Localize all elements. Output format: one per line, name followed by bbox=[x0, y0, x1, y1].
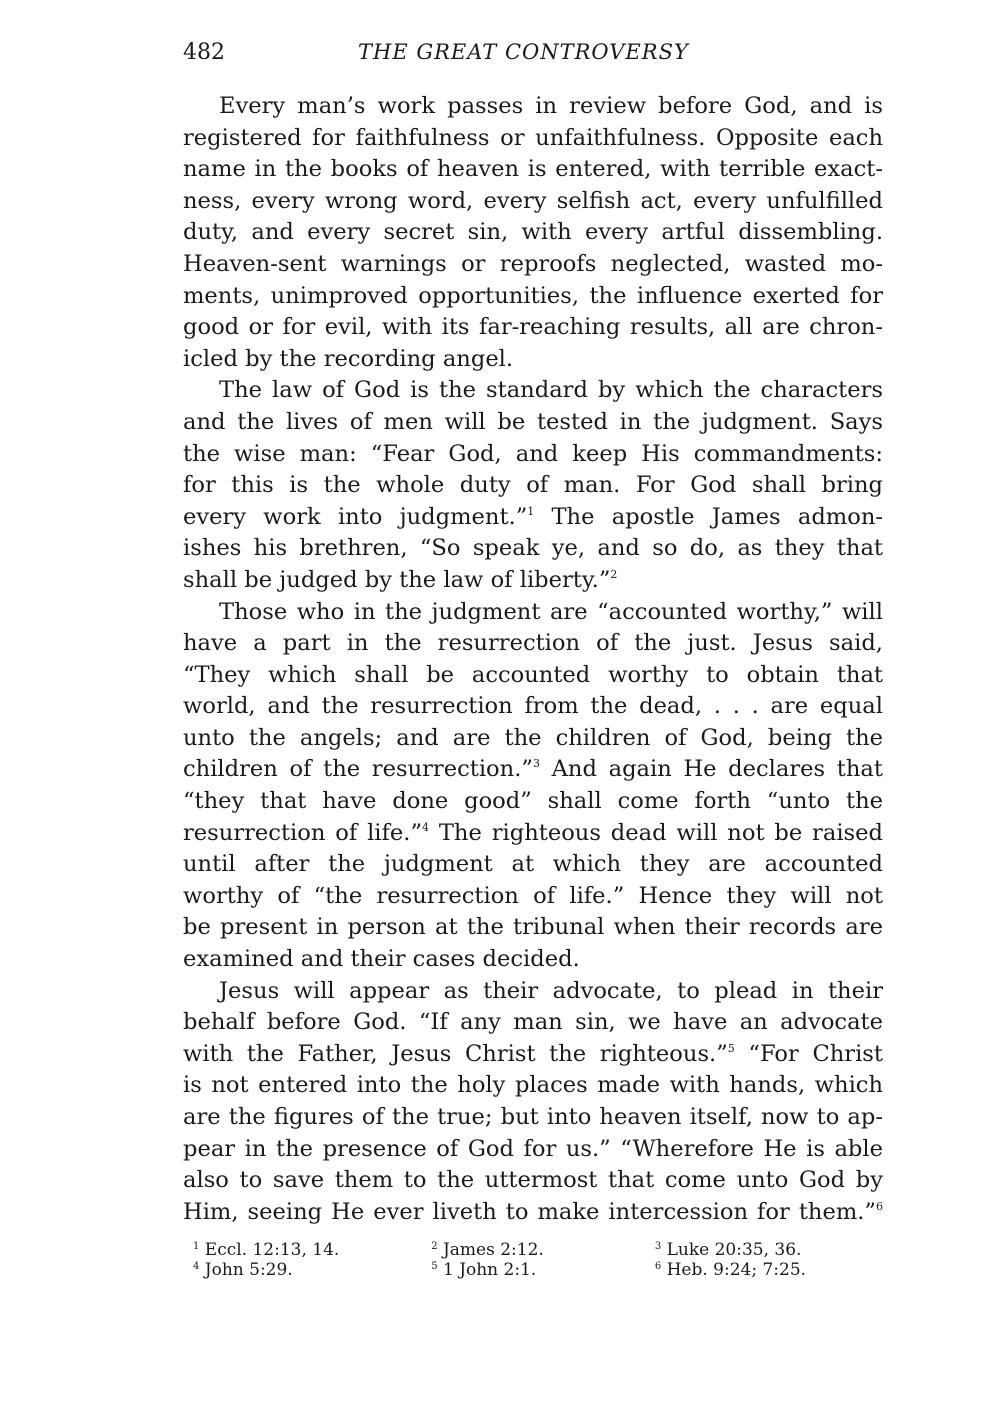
text-line: every work into judgment.”1 The apostle … bbox=[183, 502, 883, 534]
footnote-marker: 4 bbox=[422, 821, 429, 834]
text-line: are the figures of the true; but into he… bbox=[183, 1102, 883, 1134]
text-line: shall be judged by the law of liberty.”2 bbox=[183, 565, 883, 597]
footnote: 6 Heb. 9:24; 7:25. bbox=[645, 1260, 883, 1280]
paragraph: The law of God is the standard by which … bbox=[183, 375, 883, 596]
footnote-marker: 2 bbox=[610, 568, 617, 581]
footnote: 2 James 2:12. bbox=[421, 1240, 645, 1260]
text-line: with the Father, Jesus Christ the righte… bbox=[183, 1039, 883, 1071]
text-line: also to save them to the uttermost that … bbox=[183, 1165, 883, 1197]
footnote-row: 1 Eccl. 12:13, 14. 2 James 2:12. 3 Luke … bbox=[183, 1240, 883, 1260]
footnote-number: 6 bbox=[655, 1261, 661, 1272]
page-header: 482 THE GREAT CONTROVERSY bbox=[183, 40, 883, 70]
text-line: and the lives of men will be tested in t… bbox=[183, 407, 883, 439]
body-text: Every man’s work passes in review before… bbox=[183, 91, 883, 1228]
text-line: Heaven-sent warnings or reproofs neglect… bbox=[183, 249, 883, 281]
footnote-ref: Luke 20:35, 36. bbox=[667, 1240, 802, 1260]
text-line: the wise man: “Fear God, and keep His co… bbox=[183, 439, 883, 471]
text-line: children of the resurrection.”3 And agai… bbox=[183, 754, 883, 786]
text-line: Those who in the judgment are “accounted… bbox=[183, 597, 883, 629]
footnote-number: 3 bbox=[655, 1241, 661, 1252]
paragraph: Jesus will appear as their advocate, to … bbox=[183, 976, 883, 1229]
text-line: world, and the resurrection from the dea… bbox=[183, 691, 883, 723]
text-line: icled by the recording angel. bbox=[183, 344, 883, 376]
text-span: children of the resurrection.” bbox=[183, 756, 533, 782]
text-line: Every man’s work passes in review before… bbox=[183, 91, 883, 123]
text-line: until after the judgment at which they a… bbox=[183, 849, 883, 881]
text-line: worthy of “the resurrection of life.” He… bbox=[183, 881, 883, 913]
text-line: Jesus will appear as their advocate, to … bbox=[183, 976, 883, 1008]
text-span: with the Father, Jesus Christ the righte… bbox=[183, 1041, 728, 1067]
text-span: every work into judgment.” bbox=[183, 504, 527, 530]
text-line: unto the angels; and are the children of… bbox=[183, 723, 883, 755]
text-span: The apostle James admon- bbox=[534, 504, 883, 530]
footnote-marker: 6 bbox=[876, 1200, 883, 1213]
text-span: shall be judged by the law of liberty.” bbox=[183, 567, 610, 593]
footnote: 4 John 5:29. bbox=[183, 1260, 421, 1280]
text-line: have a part in the resurrection of the j… bbox=[183, 628, 883, 660]
footnote-marker: 5 bbox=[728, 1042, 735, 1055]
text-line: good or for evil, with its far-reaching … bbox=[183, 312, 883, 344]
text-line: is not entered into the holy places made… bbox=[183, 1070, 883, 1102]
text-span: “For Christ bbox=[735, 1041, 883, 1067]
footnote: 3 Luke 20:35, 36. bbox=[645, 1240, 883, 1260]
text-line: pear in the presence of God for us.” “Wh… bbox=[183, 1134, 883, 1166]
text-line: Him, seeing He ever liveth to make inter… bbox=[183, 1197, 883, 1229]
footnote-number: 5 bbox=[431, 1261, 437, 1272]
text-line: ments, unimproved opportunities, the inf… bbox=[183, 281, 883, 313]
text-line: examined and their cases decided. bbox=[183, 944, 883, 976]
text-line: ishes his brethren, “So speak ye, and so… bbox=[183, 533, 883, 565]
text-span: Him, seeing He ever liveth to make inter… bbox=[183, 1199, 876, 1225]
text-span: And again He declares that bbox=[540, 756, 883, 782]
text-line: behalf before God. “If any man sin, we h… bbox=[183, 1007, 883, 1039]
text-span: resurrection of life.” bbox=[183, 820, 422, 846]
text-line: registered for faithfulness or unfaithfu… bbox=[183, 123, 883, 155]
footnote-number: 1 bbox=[193, 1241, 199, 1252]
running-title: THE GREAT CONTROVERSY bbox=[358, 40, 689, 64]
footnotes: 1 Eccl. 12:13, 14. 2 James 2:12. 3 Luke … bbox=[183, 1240, 883, 1280]
footnote-marker: 3 bbox=[533, 757, 540, 770]
footnote: 1 Eccl. 12:13, 14. bbox=[183, 1240, 421, 1260]
text-line: be present in person at the tribunal whe… bbox=[183, 912, 883, 944]
footnote-ref: John 5:29. bbox=[205, 1260, 293, 1280]
text-line: “They which shall be accounted worthy to… bbox=[183, 660, 883, 692]
text-line: resurrection of life.”4 The righteous de… bbox=[183, 818, 883, 850]
paragraph: Every man’s work passes in review before… bbox=[183, 91, 883, 375]
page-number: 482 bbox=[183, 40, 225, 65]
footnote: 5 1 John 2:1. bbox=[421, 1260, 645, 1280]
text-line: duty, and every secret sin, with every a… bbox=[183, 217, 883, 249]
text-line: The law of God is the standard by which … bbox=[183, 375, 883, 407]
footnote-row: 4 John 5:29. 5 1 John 2:1. 6 Heb. 9:24; … bbox=[183, 1260, 883, 1280]
footnote-ref: Eccl. 12:13, 14. bbox=[205, 1240, 340, 1260]
footnote-number: 2 bbox=[431, 1241, 437, 1252]
paragraph: Those who in the judgment are “accounted… bbox=[183, 597, 883, 976]
footnote-ref: 1 John 2:1. bbox=[443, 1260, 536, 1280]
text-line: for this is the whole duty of man. For G… bbox=[183, 470, 883, 502]
text-line: name in the books of heaven is entered, … bbox=[183, 154, 883, 186]
footnote-ref: James 2:12. bbox=[443, 1240, 544, 1260]
footnote-number: 4 bbox=[193, 1261, 199, 1272]
text-span: The righteous dead will not be raised bbox=[429, 820, 883, 846]
text-line: “they that have done good” shall come fo… bbox=[183, 786, 883, 818]
footnote-ref: Heb. 9:24; 7:25. bbox=[667, 1260, 806, 1280]
text-line: ness, every wrong word, every selfish ac… bbox=[183, 186, 883, 218]
